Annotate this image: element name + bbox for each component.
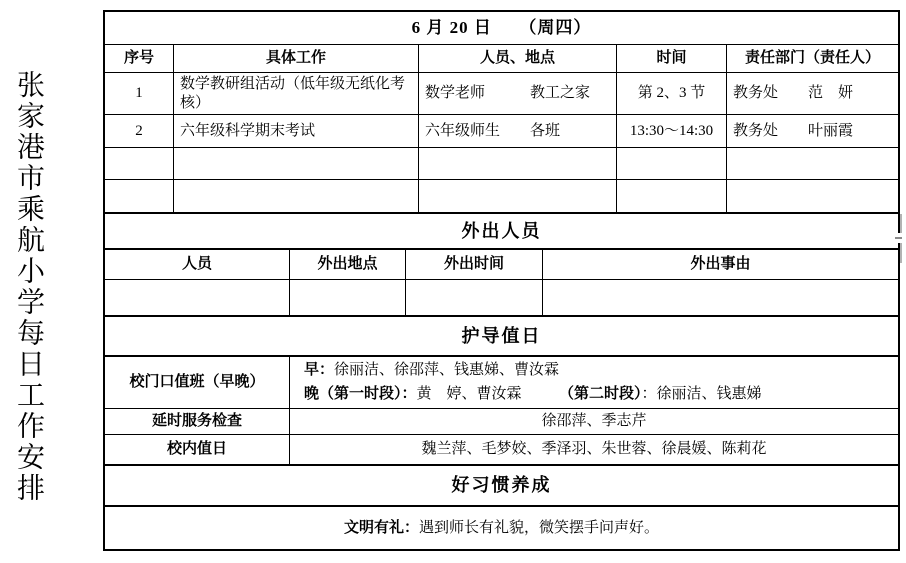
cell-no: 2 bbox=[105, 115, 173, 147]
cell-people: 六年级师生 各班 bbox=[418, 115, 616, 147]
date-title: 6 月 20 日 （周四） bbox=[105, 12, 898, 44]
delay-check-label: 延时服务检查 bbox=[105, 409, 289, 434]
header-task: 具体工作 bbox=[173, 45, 418, 72]
right-margin-marker-dash bbox=[895, 237, 902, 239]
cell-dept: 教务处 范 妍 bbox=[726, 73, 898, 114]
cell-people bbox=[418, 148, 616, 179]
habit-content: 文明有礼：遇到师长有礼貌，微笑摆手问声好。 bbox=[105, 507, 898, 549]
habit-title-row: 好习惯养成 bbox=[105, 464, 898, 505]
cell-time bbox=[616, 180, 726, 212]
schedule-row-empty bbox=[105, 147, 898, 179]
delay-check-value: 徐邵萍、季志芹 bbox=[289, 409, 898, 434]
outing-title-row: 外出人员 bbox=[105, 212, 898, 248]
cell-task: 六年级科学期末考试 bbox=[173, 115, 418, 147]
campus-duty-row: 校内值日 魏兰萍、毛梦姣、季泽羽、朱世蓉、徐晨媛、陈莉花 bbox=[105, 434, 898, 464]
document-vertical-title: 张家港市乘航小学每日工作安排 bbox=[8, 70, 48, 520]
gate-duty-label: 校门口值班（早晚） bbox=[105, 357, 289, 408]
cell-dept bbox=[726, 148, 898, 179]
schedule-header-row: 序号 具体工作 人员、地点 时间 责任部门（责任人） bbox=[105, 44, 898, 72]
outing-header-time: 外出时间 bbox=[405, 250, 542, 279]
campus-duty-label: 校内值日 bbox=[105, 435, 289, 464]
header-no: 序号 bbox=[105, 45, 173, 72]
cell-task bbox=[173, 148, 418, 179]
delay-check-row: 延时服务检查 徐邵萍、季志芹 bbox=[105, 408, 898, 434]
gate-duty-row: 校门口值班（早晚） 早：徐丽洁、徐邵萍、钱惠娣、曹汝霖 晚（第一时段）：黄 婷、… bbox=[105, 355, 898, 408]
cell-outing-reason bbox=[542, 280, 898, 315]
cell-no bbox=[105, 148, 173, 179]
duty-title-row: 护导值日 bbox=[105, 315, 898, 355]
header-people: 人员、地点 bbox=[418, 45, 616, 72]
cell-people bbox=[418, 180, 616, 212]
outing-row-empty bbox=[105, 279, 898, 315]
cell-no bbox=[105, 180, 173, 212]
gate-morning-line: 早：徐丽洁、徐邵萍、钱惠娣、曹汝霖 bbox=[304, 359, 884, 382]
gate-duty-value: 早：徐丽洁、徐邵萍、钱惠娣、曹汝霖 晚（第一时段）：黄 婷、曹汝霖 （第二时段）… bbox=[289, 357, 898, 408]
outing-header-person: 人员 bbox=[105, 250, 289, 279]
duty-section-title: 护导值日 bbox=[105, 317, 898, 355]
cell-dept bbox=[726, 180, 898, 212]
campus-duty-value: 魏兰萍、毛梦姣、季泽羽、朱世蓉、徐晨媛、陈莉花 bbox=[289, 435, 898, 464]
cell-dept: 教务处 叶丽霞 bbox=[726, 115, 898, 147]
cell-task: 数学教研组活动（低年级无纸化考核） bbox=[173, 73, 418, 114]
schedule-row: 2 六年级科学期末考试 六年级师生 各班 13:30～14:30 教务处 叶丽霞 bbox=[105, 114, 898, 147]
habit-section-title: 好习惯养成 bbox=[105, 466, 898, 505]
cell-time: 13:30～14:30 bbox=[616, 115, 726, 147]
cell-no: 1 bbox=[105, 73, 173, 114]
schedule-row-empty bbox=[105, 179, 898, 212]
cell-outing-place bbox=[289, 280, 405, 315]
outing-header-place: 外出地点 bbox=[289, 250, 405, 279]
schedule-row: 1 数学教研组活动（低年级无纸化考核） 数学老师 教工之家 第 2、3 节 教务… bbox=[105, 72, 898, 114]
outing-section-title: 外出人员 bbox=[105, 214, 898, 248]
outing-header-reason: 外出事由 bbox=[542, 250, 898, 279]
header-time: 时间 bbox=[616, 45, 726, 72]
date-title-row: 6 月 20 日 （周四） bbox=[105, 12, 898, 44]
gate-evening-line: 晚（第一时段）：黄 婷、曹汝霖 （第二时段）：徐丽洁、钱惠娣 bbox=[304, 383, 884, 406]
cell-time bbox=[616, 148, 726, 179]
habit-content-row: 文明有礼：遇到师长有礼貌，微笑摆手问声好。 bbox=[105, 505, 898, 549]
cell-outing-person bbox=[105, 280, 289, 315]
header-dept: 责任部门（责任人） bbox=[726, 45, 898, 72]
outing-header-row: 人员 外出地点 外出时间 外出事由 bbox=[105, 248, 898, 279]
cell-people: 数学老师 教工之家 bbox=[418, 73, 616, 114]
cell-task bbox=[173, 180, 418, 212]
cell-outing-time bbox=[405, 280, 542, 315]
daily-work-table: 6 月 20 日 （周四） 序号 具体工作 人员、地点 时间 责任部门（责任人）… bbox=[103, 10, 900, 551]
cell-time: 第 2、3 节 bbox=[616, 73, 726, 114]
